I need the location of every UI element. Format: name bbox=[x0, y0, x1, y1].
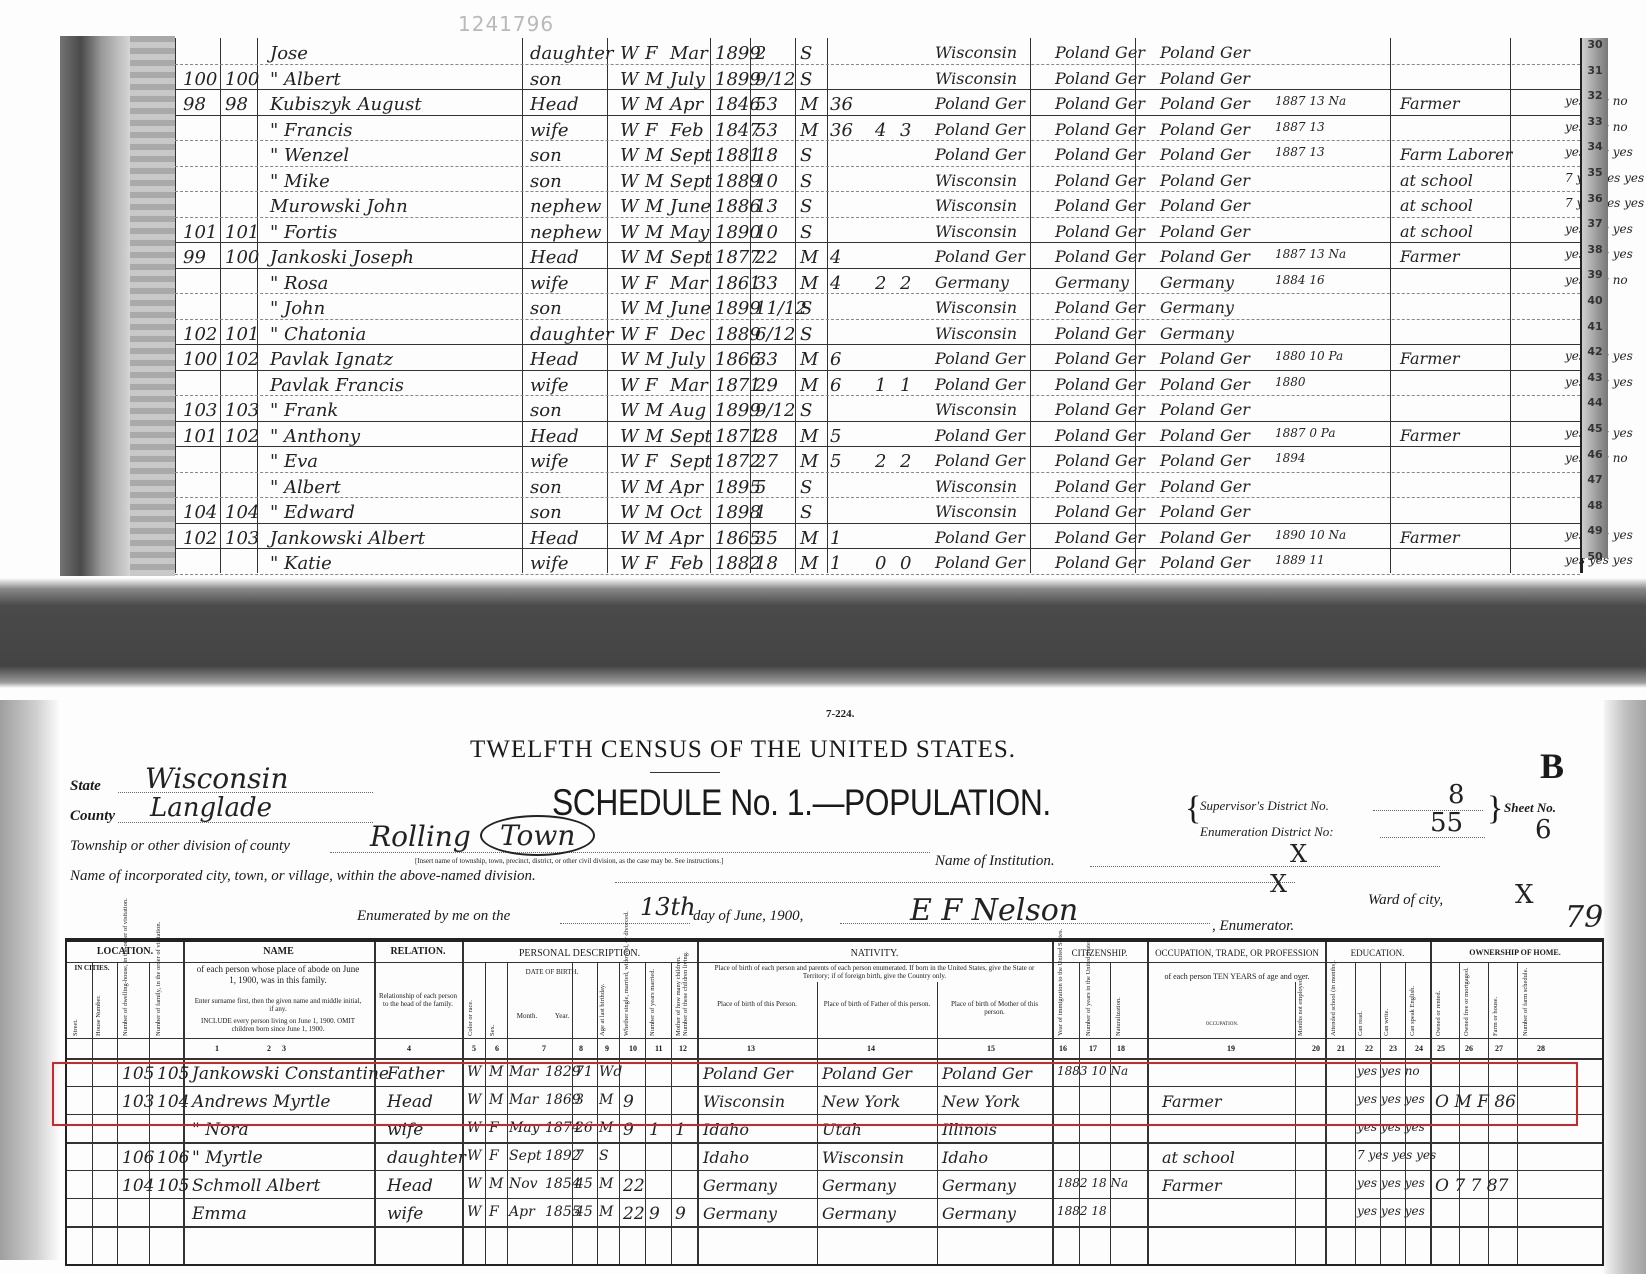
line-number: 50 bbox=[1582, 550, 1608, 576]
cell-relation: Head bbox=[530, 349, 579, 370]
name-instruction: Enter surname first, then the given name… bbox=[193, 997, 363, 1014]
column-number: 11 bbox=[655, 1044, 663, 1053]
cell-name: Jankowski Albert bbox=[270, 528, 425, 549]
cell-birth: Germany bbox=[703, 1176, 777, 1195]
cell-month: Aug bbox=[670, 400, 706, 421]
cell-age: 22 bbox=[755, 247, 778, 268]
state-value: Wisconsin bbox=[145, 762, 289, 795]
column-number: 21 bbox=[1337, 1044, 1345, 1053]
cell-sex: M bbox=[489, 1176, 503, 1192]
cell-father-birth: Poland Ger bbox=[1055, 375, 1145, 394]
cell-father-birth: Poland Ger bbox=[1055, 477, 1145, 496]
cell-month: Dec bbox=[670, 324, 705, 345]
in-cities-header: IN CITIES. bbox=[67, 964, 117, 972]
cell-immig: 1880 bbox=[1275, 375, 1306, 389]
cell-dwelling: 101 bbox=[183, 426, 217, 447]
cell-mother-birth: Germany bbox=[1160, 324, 1234, 343]
line-number: 31 bbox=[1582, 64, 1608, 90]
cell-age: 13 bbox=[755, 196, 778, 217]
cell-relation: Head bbox=[387, 1176, 433, 1196]
cell-color: W bbox=[620, 400, 639, 421]
cell-mother-birth: Poland Ger bbox=[1160, 349, 1250, 368]
cell-owner: O 7 7 87 bbox=[1435, 1176, 1508, 1196]
cell-marital: M bbox=[800, 247, 818, 268]
cell-birth: Poland Ger bbox=[935, 120, 1025, 139]
cell-yrs-married: 5 bbox=[830, 451, 841, 472]
previous-sheet-grid: JosedaughterWFMar18992SWisconsinPoland G… bbox=[175, 38, 1583, 573]
column-number: 2 bbox=[267, 1044, 271, 1053]
cell-color: W bbox=[620, 477, 639, 498]
cell-month: Feb bbox=[670, 553, 704, 574]
cell-name: " Myrtle bbox=[192, 1148, 263, 1168]
cell-immig: 1887 13 bbox=[1275, 120, 1325, 134]
line-number: 34 bbox=[1582, 140, 1608, 166]
cell-mother-birth: Poland Ger bbox=[1160, 375, 1250, 394]
cell-relation: Head bbox=[530, 94, 579, 115]
highlighted-record-box[interactable] bbox=[52, 1062, 1578, 1126]
name-header: NAME bbox=[183, 946, 374, 957]
census-record-row[interactable]: EmmawifeWFApr185545M2299GermanyGermanyGe… bbox=[67, 1202, 1602, 1230]
cell-occupation: Farmer bbox=[1400, 528, 1460, 547]
cell-mother-birth: Poland Ger bbox=[1160, 528, 1250, 547]
cell-immig: 1887 13 Na bbox=[1275, 247, 1346, 261]
cell-month: Apr bbox=[670, 528, 703, 549]
cell-color: W bbox=[620, 502, 639, 523]
cell-living: 1 bbox=[900, 375, 911, 396]
column-header-vertical: Attended school (in months). bbox=[1330, 978, 1337, 1036]
cell-birth: Poland Ger bbox=[935, 94, 1025, 113]
cell-sex: F bbox=[645, 553, 658, 574]
census-record-row[interactable]: 106106" MyrtledaughterWFSept18927SIdahoW… bbox=[67, 1146, 1602, 1174]
cell-family: 100 bbox=[225, 247, 259, 268]
cell-father-birth: Germany bbox=[822, 1204, 896, 1223]
column-number: 1 bbox=[215, 1044, 219, 1053]
cell-occupation: Farmer bbox=[1400, 247, 1460, 266]
cell-immig: 1887 0 Pa bbox=[1275, 426, 1336, 440]
cell-immig: 1880 10 Pa bbox=[1275, 349, 1343, 363]
line-number: 44 bbox=[1582, 396, 1608, 422]
cell-birth: Wisconsin bbox=[935, 502, 1017, 521]
cell-relation: wife bbox=[530, 553, 568, 574]
cell-sex: F bbox=[645, 324, 658, 345]
column-header-vertical: Farm or house. bbox=[1492, 978, 1499, 1036]
line-number: 42 bbox=[1582, 345, 1608, 371]
cell-mother-of: 2 bbox=[875, 451, 886, 472]
column-number: 5 bbox=[472, 1044, 476, 1053]
cell-sex: F bbox=[645, 451, 658, 472]
cell-father-birth: Poland Ger bbox=[1055, 120, 1145, 139]
cell-month: May bbox=[670, 222, 709, 243]
county-value: Langlade bbox=[150, 793, 272, 823]
cell-father-birth: Poland Ger bbox=[1055, 451, 1145, 470]
page-number: 79 bbox=[1565, 900, 1603, 935]
cell-occupation: Farm Laborer bbox=[1400, 145, 1512, 164]
cell-marital: S bbox=[800, 502, 812, 523]
cell-father-birth: Poland Ger bbox=[1055, 349, 1145, 368]
cell-yrs-married: 22 bbox=[623, 1176, 645, 1196]
cell-month: Feb bbox=[670, 120, 704, 141]
cell-occupation: Farmer bbox=[1162, 1176, 1222, 1195]
cell-mother-of: 9 bbox=[649, 1204, 660, 1224]
cell-father-birth: Poland Ger bbox=[1055, 43, 1145, 62]
line-number: 47 bbox=[1582, 473, 1608, 499]
enumerated-day: 13th bbox=[640, 893, 696, 921]
cell-relation: son bbox=[530, 298, 562, 319]
cell-birth: Germany bbox=[935, 273, 1009, 292]
cell-father-birth: Wisconsin bbox=[822, 1148, 904, 1167]
cell-marital: M bbox=[599, 1176, 613, 1192]
cell-color: W bbox=[620, 145, 639, 166]
cell-marital: M bbox=[800, 451, 818, 472]
column-header-vertical: Owned or rented. bbox=[1435, 978, 1442, 1036]
cell-color: W bbox=[620, 43, 639, 64]
page-binding-strip bbox=[130, 36, 175, 576]
column-number: 18 bbox=[1117, 1044, 1125, 1053]
cell-yrs-married: 5 bbox=[830, 426, 841, 447]
column-number: 7 bbox=[542, 1044, 546, 1053]
cell-mother-birth: Poland Ger bbox=[1160, 247, 1250, 266]
cell-age: 33 bbox=[755, 349, 778, 370]
cell-father-birth: Poland Ger bbox=[1055, 196, 1145, 215]
cell-birth: Germany bbox=[703, 1204, 777, 1223]
cell-mother-birth: Poland Ger bbox=[1160, 120, 1250, 139]
cell-education: 7 yes yes yes bbox=[1357, 1148, 1436, 1162]
cell-marital: S bbox=[800, 324, 812, 345]
cell-relation: son bbox=[530, 69, 562, 90]
cell-name: " Wenzel bbox=[270, 145, 349, 166]
ownership-header: OWNERSHIP OF HOME. bbox=[1430, 948, 1600, 957]
cell-mother-birth: Germany bbox=[942, 1204, 1016, 1223]
cell-father-birth: Poland Ger bbox=[1055, 528, 1145, 547]
cell-age: 5 bbox=[755, 477, 766, 498]
cell-birth: Wisconsin bbox=[935, 298, 1017, 317]
cell-sex: M bbox=[645, 222, 663, 243]
cell-mother-of: 2 bbox=[875, 273, 886, 294]
line-number: 43 bbox=[1582, 371, 1608, 397]
line-number: 32 bbox=[1582, 89, 1608, 115]
line-number: 30 bbox=[1582, 38, 1608, 64]
column-number: 3 bbox=[282, 1044, 286, 1053]
enumerated-label: Enumerated by me on the bbox=[357, 908, 510, 925]
cell-color: W bbox=[620, 94, 639, 115]
cell-dwelling: 104 bbox=[183, 502, 217, 523]
cell-age: 28 bbox=[755, 426, 778, 447]
column-header-vertical: Can write. bbox=[1383, 978, 1390, 1036]
cell-family: 102 bbox=[225, 426, 259, 447]
cell-relation: daughter bbox=[387, 1148, 466, 1168]
cell-yrs-married: 1 bbox=[830, 528, 841, 549]
column-number: 20 bbox=[1312, 1044, 1320, 1053]
cell-relation: son bbox=[530, 145, 562, 166]
relation-description: Relationship of each person to the head … bbox=[379, 992, 457, 1009]
cell-year: 1872 bbox=[715, 451, 761, 472]
cell-yrs-married: 36 bbox=[830, 94, 853, 115]
cell-age: 53 bbox=[755, 94, 778, 115]
cell-immig: 1889 11 bbox=[1275, 553, 1325, 567]
cell-month: Sept bbox=[670, 426, 712, 447]
cell-immig: 1887 13 bbox=[1275, 145, 1325, 159]
cell-age: 35 bbox=[755, 528, 778, 549]
enumerator-signature: E F Nelson bbox=[910, 893, 1078, 928]
cell-marital: M bbox=[800, 375, 818, 396]
cell-father-birth: Poland Ger bbox=[1055, 324, 1145, 343]
cell-marital: S bbox=[599, 1148, 609, 1164]
cell-immig: 1887 13 Na bbox=[1275, 94, 1346, 108]
enumeration-district-label: Enumeration District No: bbox=[1200, 824, 1334, 840]
cell-age: 6/12 bbox=[755, 324, 795, 345]
supervisor-district-label: Supervisor's District No. bbox=[1200, 798, 1329, 814]
cell-yrs-married: 22 bbox=[623, 1204, 645, 1224]
cell-family: 106 bbox=[157, 1148, 189, 1168]
cell-marital: M bbox=[800, 426, 818, 447]
column-number: 26 bbox=[1465, 1044, 1473, 1053]
cell-relation: nephew bbox=[530, 196, 601, 217]
column-number: 19 bbox=[1227, 1044, 1235, 1053]
cell-father-birth: Poland Ger bbox=[1055, 171, 1145, 190]
cell-mother-birth: Poland Ger bbox=[1160, 94, 1250, 113]
cell-year: 1899 bbox=[715, 298, 761, 319]
cell-month: Apr bbox=[670, 477, 703, 498]
cell-name: Pavlak Ignatz bbox=[270, 349, 393, 370]
cell-age: 10 bbox=[755, 171, 778, 192]
cell-color: W bbox=[620, 349, 639, 370]
cell-occupation: at school bbox=[1400, 222, 1473, 241]
cell-marital: M bbox=[800, 528, 818, 549]
cell-birth: Poland Ger bbox=[935, 145, 1025, 164]
cell-dwelling: 99 bbox=[183, 247, 206, 268]
column-number: 25 bbox=[1437, 1044, 1445, 1053]
cell-name: " Rosa bbox=[270, 273, 328, 294]
cell-marital: S bbox=[800, 171, 812, 192]
cell-color: W bbox=[620, 171, 639, 192]
cell-color: W bbox=[620, 375, 639, 396]
cell-mother-birth: Poland Ger bbox=[1160, 222, 1250, 241]
cell-name: " Fortis bbox=[270, 222, 337, 243]
cell-year: 1889 bbox=[715, 324, 761, 345]
cell-family: 103 bbox=[225, 528, 259, 549]
page-fold-shadow bbox=[0, 578, 1646, 688]
cell-mother-of: 1 bbox=[875, 375, 886, 396]
cell-year: 1871 bbox=[715, 426, 761, 447]
cell-relation: wife bbox=[530, 375, 568, 396]
cell-relation: daughter bbox=[530, 324, 613, 345]
cell-yrs-married: 6 bbox=[830, 375, 841, 396]
cell-marital: S bbox=[800, 43, 812, 64]
cell-color: W bbox=[620, 247, 639, 268]
cell-relation: daughter bbox=[530, 43, 613, 64]
cell-age: 18 bbox=[755, 145, 778, 166]
cell-dwelling: 98 bbox=[183, 94, 206, 115]
cell-sex: F bbox=[489, 1148, 499, 1164]
cell-occupation: Farmer bbox=[1400, 349, 1460, 368]
cell-mother-birth: Poland Ger bbox=[1160, 502, 1250, 521]
sheet-side-letter: B bbox=[1540, 745, 1564, 787]
cell-birth: Wisconsin bbox=[935, 69, 1017, 88]
column-header-vertical: Number of years married. bbox=[649, 978, 656, 1036]
cell-education: yes yes yes bbox=[1357, 1204, 1425, 1218]
cell-mother-birth: Poland Ger bbox=[1160, 196, 1250, 215]
cell-year: 1871 bbox=[715, 375, 761, 396]
cell-age: 18 bbox=[755, 553, 778, 574]
cell-birth: Wisconsin bbox=[935, 477, 1017, 496]
cell-year: 1881 bbox=[715, 145, 761, 166]
line-number-strip: 3031323334353637383940414243444546474849… bbox=[1582, 38, 1608, 558]
column-number: 27 bbox=[1495, 1044, 1503, 1053]
cell-birth: Wisconsin bbox=[935, 400, 1017, 419]
cell-birth: Poland Ger bbox=[935, 375, 1025, 394]
column-header-vertical: Number of dwelling-house, in the order o… bbox=[122, 978, 129, 1036]
cell-occupation: at school bbox=[1400, 196, 1473, 215]
census-record-row[interactable]: 104105Schmoll AlbertHeadWMNov185445M22Ge… bbox=[67, 1174, 1602, 1202]
cell-birth: Poland Ger bbox=[935, 247, 1025, 266]
cell-mother-birth: Poland Ger bbox=[1160, 477, 1250, 496]
cell-sex: M bbox=[645, 247, 663, 268]
cell-sex: F bbox=[645, 43, 658, 64]
cell-occupation: at school bbox=[1400, 171, 1473, 190]
nativity-description: Place of birth of each person and parent… bbox=[707, 964, 1042, 981]
cell-age: 2 bbox=[755, 43, 766, 64]
cell-mother-birth: Germany bbox=[942, 1176, 1016, 1195]
cell-dwelling: 102 bbox=[183, 324, 217, 345]
cell-name: " Mike bbox=[270, 171, 330, 192]
cell-name: " Edward bbox=[270, 502, 355, 523]
date-of-birth-header: DATE OF BIRTH. bbox=[507, 968, 597, 976]
column-header-vertical: Whether single, married, widowed, or div… bbox=[623, 978, 630, 1036]
cell-color: W bbox=[467, 1204, 481, 1220]
cell-name: " Anthony bbox=[270, 426, 360, 447]
column-number: 10 bbox=[629, 1044, 637, 1053]
relation-header: RELATION. bbox=[374, 946, 462, 957]
cell-sex: M bbox=[645, 349, 663, 370]
birth-father-header: Place of birth of Father of this person. bbox=[822, 1000, 932, 1008]
cell-marital: S bbox=[800, 145, 812, 166]
column-number: 28 bbox=[1537, 1044, 1545, 1053]
cell-occupation: Farmer bbox=[1400, 94, 1460, 113]
cell-mother-birth: Germany bbox=[1160, 273, 1234, 292]
column-header-vertical: Mother of how many children. bbox=[675, 978, 682, 1036]
cell-father-birth: Poland Ger bbox=[1055, 94, 1145, 113]
cell-sex: F bbox=[489, 1204, 499, 1220]
cell-dwelling: 106 bbox=[122, 1148, 154, 1168]
education-header: EDUCATION. bbox=[1325, 948, 1430, 958]
cell-age: 1 bbox=[755, 502, 766, 523]
column-header-vertical: Number of years in the United States. bbox=[1085, 978, 1092, 1036]
cell-color: W bbox=[620, 196, 639, 217]
cell-year: 1882 bbox=[715, 553, 761, 574]
institution-label: Name of Institution. bbox=[935, 853, 1055, 870]
column-number: 16 bbox=[1059, 1044, 1067, 1053]
column-header-vertical: Sex. bbox=[489, 978, 496, 1036]
cell-marital: S bbox=[800, 69, 812, 90]
cell-color: W bbox=[620, 553, 639, 574]
archive-stamp-number: 1241796 bbox=[458, 12, 554, 36]
column-header-vertical: Owned free or mortgaged. bbox=[1463, 978, 1470, 1036]
supervisor-district-value: 8 bbox=[1448, 780, 1465, 810]
cell-marital: S bbox=[800, 298, 812, 319]
birth-mother-header: Place of birth of Mother of this person. bbox=[942, 1000, 1047, 1017]
cell-relation: wife bbox=[530, 273, 568, 294]
line-number: 41 bbox=[1582, 320, 1608, 346]
column-header-vertical: Number of family, in the order of visita… bbox=[155, 978, 162, 1036]
cell-month: Sept bbox=[670, 171, 712, 192]
city-value: X bbox=[1270, 870, 1287, 898]
cell-birth: Wisconsin bbox=[935, 196, 1017, 215]
cell-color: W bbox=[467, 1148, 481, 1164]
column-number: 9 bbox=[605, 1044, 609, 1053]
cell-mother-of: 4 bbox=[875, 120, 886, 141]
cell-family: 100 bbox=[225, 69, 259, 90]
name-include-instruction: INCLUDE every person living on June 1, 1… bbox=[193, 1017, 363, 1034]
cell-living: 0 bbox=[900, 553, 911, 574]
cell-month: June bbox=[670, 298, 711, 319]
cell-marital: M bbox=[800, 349, 818, 370]
cell-color: W bbox=[620, 451, 639, 472]
cell-birth: Poland Ger bbox=[935, 349, 1025, 368]
cell-month: Mar bbox=[670, 273, 708, 294]
cell-mother-birth: Poland Ger bbox=[1160, 69, 1250, 88]
year-header: Year. bbox=[547, 1012, 577, 1020]
personal-description-header: PERSONAL DESCRIPTION. bbox=[462, 948, 697, 959]
cell-birth: Wisconsin bbox=[935, 324, 1017, 343]
cell-relation: son bbox=[530, 477, 562, 498]
cell-color: W bbox=[620, 528, 639, 549]
line-number: 40 bbox=[1582, 294, 1608, 320]
cell-immig: 1890 10 Na bbox=[1275, 528, 1346, 542]
cell-name: Schmoll Albert bbox=[192, 1176, 320, 1196]
cell-birth: Poland Ger bbox=[935, 426, 1025, 445]
cell-mother-birth: Poland Ger bbox=[1160, 145, 1250, 164]
cell-marital: S bbox=[800, 477, 812, 498]
line-number: 45 bbox=[1582, 422, 1608, 448]
cell-month: Mar bbox=[670, 43, 708, 64]
cell-month: Nov bbox=[509, 1176, 538, 1192]
cell-mother-of: 0 bbox=[875, 553, 886, 574]
column-number: 14 bbox=[867, 1044, 875, 1053]
ward-value: X bbox=[1515, 880, 1534, 910]
cell-month: July bbox=[670, 69, 705, 90]
occupation-subheader: OCCUPATION. bbox=[1152, 1022, 1292, 1028]
cell-yrs-married: 1 bbox=[830, 553, 841, 574]
cell-year: 1846 bbox=[715, 94, 761, 115]
cell-living: 9 bbox=[675, 1204, 686, 1224]
column-header-vertical: Naturalization. bbox=[1115, 978, 1122, 1036]
cell-name: " Eva bbox=[270, 451, 318, 472]
ward-label: Ward of city, bbox=[1368, 892, 1443, 909]
column-number: 24 bbox=[1415, 1044, 1423, 1053]
line-number: 37 bbox=[1582, 217, 1608, 243]
cell-relation: wife bbox=[530, 120, 568, 141]
cell-family: 103 bbox=[225, 400, 259, 421]
cell-name: " Katie bbox=[270, 553, 332, 574]
cell-birth: Wisconsin bbox=[935, 171, 1017, 190]
sheet-value: 6 bbox=[1535, 815, 1552, 845]
cell-father-birth: Poland Ger bbox=[1055, 298, 1145, 317]
column-header-vertical: Street. bbox=[72, 978, 79, 1036]
cell-birth: Poland Ger bbox=[935, 451, 1025, 470]
cell-mother-birth: Poland Ger bbox=[1160, 426, 1250, 445]
cell-name: Kubiszyk August bbox=[270, 94, 422, 115]
cell-relation: son bbox=[530, 502, 562, 523]
enumerator-label: , Enumerator. bbox=[1212, 918, 1294, 935]
cell-year: 1861 bbox=[715, 273, 761, 294]
cell-dwelling: 104 bbox=[122, 1176, 154, 1196]
column-header-vertical: Number of these children living. bbox=[682, 978, 689, 1036]
cell-year: 1890 bbox=[715, 222, 761, 243]
cell-marital: M bbox=[599, 1204, 613, 1220]
cell-color: W bbox=[620, 298, 639, 319]
cell-father-birth: Poland Ger bbox=[1055, 502, 1145, 521]
cell-sex: M bbox=[645, 477, 663, 498]
